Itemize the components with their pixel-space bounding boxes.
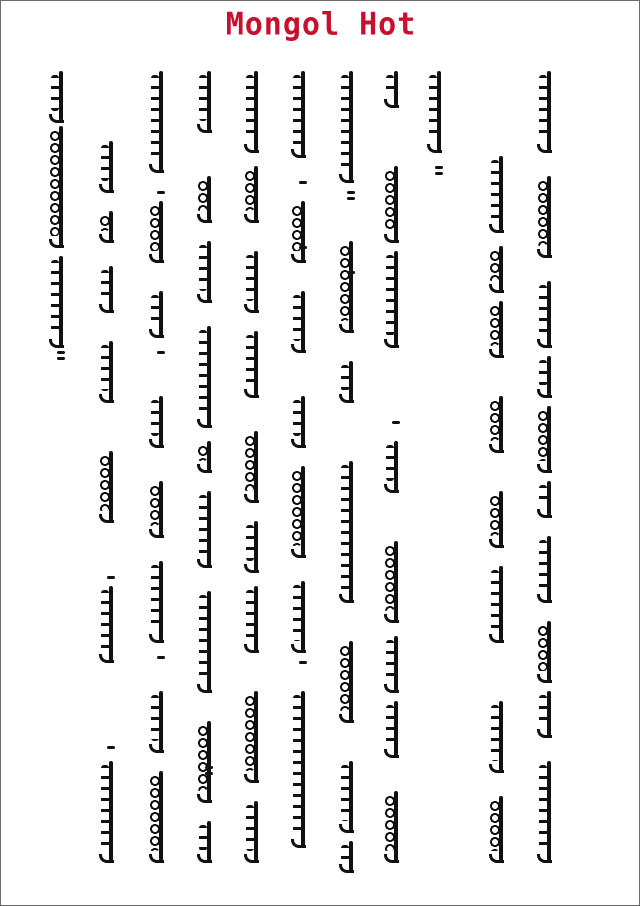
text-column [334, 1, 368, 906]
mongolian-word [109, 341, 113, 401]
text-column [239, 1, 273, 906]
mongolian-word [207, 721, 211, 801]
mongolian-word [547, 176, 551, 256]
mongolian-word [254, 521, 258, 571]
mongolian-word [159, 71, 163, 171]
text-column [44, 1, 78, 906]
mongolian-word [547, 536, 551, 601]
mongolian-word [159, 396, 163, 446]
mongolian-word [301, 691, 305, 846]
mongolian-word [349, 761, 353, 831]
mongolian-word [207, 591, 211, 691]
mongolian-word [254, 71, 258, 151]
mongolian-word [499, 796, 503, 861]
mongolian-word [207, 71, 211, 131]
mongolian-word [547, 621, 551, 681]
comma-mark [392, 421, 400, 424]
mongolian-word [254, 691, 258, 781]
comma-mark [299, 246, 307, 249]
mongolian-word [254, 431, 258, 501]
mongolian-word [301, 291, 305, 351]
mongolian-word [349, 641, 353, 721]
text-column [422, 1, 456, 906]
mongolian-word [499, 156, 503, 231]
full-stop-mark [57, 351, 65, 354]
mongolian-word [254, 331, 258, 396]
comma-mark [107, 746, 115, 749]
comma-mark [157, 191, 165, 194]
mongolian-word [109, 761, 113, 861]
mongolian-word [159, 291, 163, 336]
full-stop-mark [435, 166, 443, 169]
mongolian-word [394, 251, 398, 346]
text-column [192, 1, 226, 906]
mongolian-word [349, 841, 353, 871]
mongolian-word [301, 581, 305, 651]
comma-mark [107, 576, 115, 579]
mongolian-word [207, 241, 211, 301]
mongolian-word [159, 201, 163, 261]
mongolian-word [254, 166, 258, 221]
mongolian-word [499, 301, 503, 356]
text-column [532, 1, 566, 906]
mongolian-word [109, 451, 113, 521]
mongolian-word [207, 491, 211, 566]
mongolian-word [394, 441, 398, 491]
mongolian-word [547, 281, 551, 346]
mongolian-word [499, 566, 503, 641]
mongolian-word [394, 541, 398, 621]
comma-mark [157, 656, 165, 659]
mongolian-word [499, 701, 503, 771]
mongolian-word [301, 201, 305, 261]
mongolian-word [547, 481, 551, 516]
mongolian-word [59, 256, 63, 346]
text-column [286, 1, 320, 906]
mongolian-word [159, 481, 163, 536]
mongolian-word [159, 691, 163, 751]
mongolian-word [109, 211, 113, 241]
mongolian-word [394, 636, 398, 691]
mongolian-word [109, 141, 113, 191]
comma-mark [299, 181, 307, 184]
mongolian-word [349, 71, 353, 181]
mongolian-word [499, 491, 503, 546]
mongolian-word [59, 71, 63, 121]
mongolian-word [207, 441, 211, 471]
text-column [94, 1, 128, 906]
mongolian-word [254, 251, 258, 311]
comma-mark [347, 271, 355, 274]
mongolian-word [207, 821, 211, 861]
mongolian-word [109, 586, 113, 661]
mongolian-word [207, 326, 211, 426]
mongolian-word [349, 461, 353, 601]
full-stop-mark [205, 766, 213, 769]
mongolian-word [394, 166, 398, 241]
mongolian-word [394, 791, 398, 861]
text-column [484, 1, 518, 906]
mongolian-word [547, 356, 551, 396]
mongolian-word [207, 176, 211, 221]
mongolian-word [547, 71, 551, 151]
mongolian-word [301, 466, 305, 556]
mongolian-word [349, 241, 353, 331]
mongolian-word [109, 266, 113, 311]
mongolian-word [159, 771, 163, 861]
comma-mark [299, 661, 307, 664]
mongolian-word [254, 801, 258, 861]
mongolian-word [159, 561, 163, 641]
mongolian-word [254, 586, 258, 651]
mongolian-word [547, 406, 551, 471]
mongolian-word [547, 761, 551, 861]
mongolian-word [59, 126, 63, 246]
comma-mark [157, 351, 165, 354]
mongolian-word [437, 71, 441, 151]
mongolian-word [301, 396, 305, 446]
mongolian-word [499, 246, 503, 291]
mongolian-word [499, 396, 503, 451]
mongolian-word [394, 71, 398, 106]
mongolian-word [394, 701, 398, 756]
mongolian-word [301, 71, 305, 156]
text-column [379, 1, 413, 906]
text-column [144, 1, 178, 906]
full-stop-mark [347, 191, 355, 194]
mongolian-word [547, 691, 551, 736]
page: Mongol Hot [0, 0, 640, 906]
mongolian-word [349, 361, 353, 401]
